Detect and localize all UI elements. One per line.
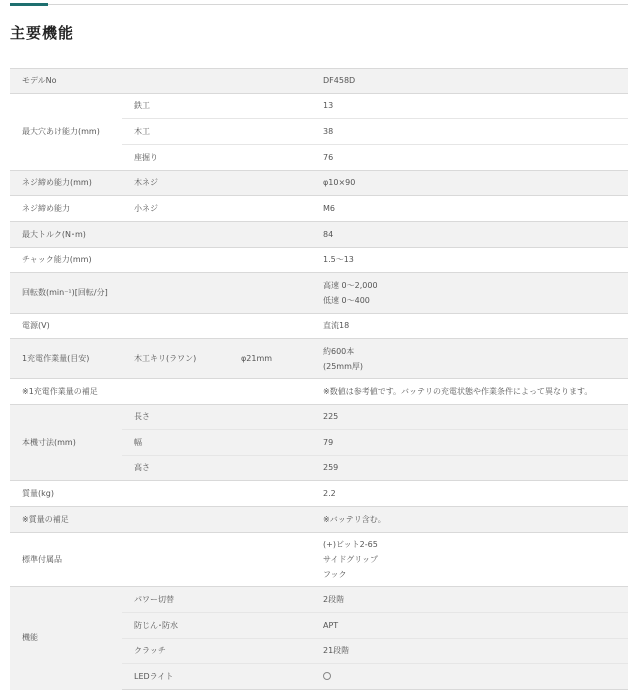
accessory-item: フック	[323, 567, 628, 582]
row-value: APT	[311, 613, 628, 639]
row-label: 機能	[10, 587, 122, 690]
row-value: ※バッテリ含む。	[311, 507, 628, 533]
empty-cell	[229, 119, 311, 145]
row-sub: 座掘り	[122, 145, 229, 171]
empty-cell	[122, 379, 229, 405]
row-label: 1充電作業量(目安)	[10, 339, 122, 379]
spec-row-per-charge: 1充電作業量(目安) 木工キリ(ラワン) φ21mm 約600本 (25mm厚)	[10, 339, 628, 379]
row-value	[311, 664, 628, 690]
row-label: 最大トルク(N･m)	[10, 222, 122, 248]
row-label: ネジ締め能力	[10, 196, 122, 222]
row-sub: LEDライト	[122, 664, 229, 690]
row-label: ネジ締め能力(mm)	[10, 171, 122, 196]
row-sub: 鉄工	[122, 94, 229, 119]
row-label: チャック能力(mm)	[10, 248, 122, 273]
row-label: 回転数(min⁻¹)[回転/分]	[10, 273, 122, 314]
empty-cell	[229, 314, 311, 339]
row-value: 259	[311, 456, 628, 481]
row-value: DF458D	[311, 69, 628, 94]
row-label: モデルNo	[10, 69, 122, 94]
spec-row-features: 機能 パワー切替 2段階	[10, 587, 628, 613]
row-value: 2.2	[311, 481, 628, 507]
value-line: 約600本	[323, 344, 628, 359]
row-sub: 小ネジ	[122, 196, 229, 222]
spec-row-screw-mm: ネジ締め能力(mm) 木ネジ φ10×90	[10, 171, 628, 196]
row-value: 約600本 (25mm厚)	[311, 339, 628, 379]
spec-row-weight: 質量(kg) 2.2	[10, 481, 628, 507]
accessory-item: サイドグリップ	[323, 552, 628, 567]
row-sub: 高さ	[122, 456, 229, 481]
row-sub: パワー切替	[122, 587, 229, 613]
empty-cell	[229, 222, 311, 248]
empty-cell	[229, 248, 311, 273]
spec-row-rpm: 回転数(min⁻¹)[回転/分] 高速 0～2,000 低速 0～400	[10, 273, 628, 314]
empty-cell	[122, 69, 229, 94]
row-value: 76	[311, 145, 628, 171]
spec-row-accessories: 標準付属品 (+)ビット2-65 サイドグリップ フック	[10, 533, 628, 587]
rpm-high: 高速 0～2,000	[323, 278, 628, 293]
row-sub: 木ネジ	[122, 171, 229, 196]
spec-row-model: モデルNo DF458D	[10, 69, 628, 94]
empty-cell	[229, 69, 311, 94]
row-value: (+)ビット2-65 サイドグリップ フック	[311, 533, 628, 587]
row-sub2: φ21mm	[229, 339, 311, 379]
row-value: 225	[311, 405, 628, 430]
spec-row-power: 電源(V) 直流18	[10, 314, 628, 339]
row-value: 2段階	[311, 587, 628, 613]
empty-cell	[122, 481, 229, 507]
empty-cell	[229, 405, 311, 430]
row-value: φ10×90	[311, 171, 628, 196]
row-value: 13	[311, 94, 628, 119]
empty-cell	[122, 222, 229, 248]
empty-cell	[229, 94, 311, 119]
spec-row-drilling: 最大穴あけ能力(mm) 鉄工 13	[10, 94, 628, 119]
empty-cell	[229, 456, 311, 481]
empty-cell	[229, 196, 311, 222]
spec-table: モデルNo DF458D 最大穴あけ能力(mm) 鉄工 13 木工 38 座掘り…	[10, 68, 628, 690]
section-title: 主要機能	[10, 22, 74, 43]
row-value: 38	[311, 119, 628, 145]
row-label: ※1充電作業量の補足	[10, 379, 122, 405]
row-value: 84	[311, 222, 628, 248]
empty-cell	[229, 379, 311, 405]
row-label: 標準付属品	[10, 533, 122, 587]
empty-cell	[229, 587, 311, 613]
empty-cell	[122, 533, 229, 587]
row-value: 21段階	[311, 639, 628, 664]
circle-icon	[323, 672, 331, 680]
row-value: 79	[311, 430, 628, 456]
section-accent-bar	[10, 3, 48, 6]
row-label: 最大穴あけ能力(mm)	[10, 94, 122, 171]
row-value: 高速 0～2,000 低速 0～400	[311, 273, 628, 314]
spec-row-chuck: チャック能力(mm) 1.5～13	[10, 248, 628, 273]
empty-cell	[229, 533, 311, 587]
empty-cell	[229, 145, 311, 171]
row-sub: 木工	[122, 119, 229, 145]
empty-cell	[122, 248, 229, 273]
empty-cell	[229, 639, 311, 664]
row-value: 1.5～13	[311, 248, 628, 273]
spec-row-weight-note: ※質量の補足 ※バッテリ含む。	[10, 507, 628, 533]
empty-cell	[229, 507, 311, 533]
spec-row-screw: ネジ締め能力 小ネジ M6	[10, 196, 628, 222]
row-sub: 幅	[122, 430, 229, 456]
empty-cell	[229, 481, 311, 507]
empty-cell	[229, 613, 311, 639]
row-sub: 長さ	[122, 405, 229, 430]
section-divider	[10, 4, 628, 5]
row-value: 直流18	[311, 314, 628, 339]
value-line: (25mm厚)	[323, 359, 628, 374]
row-sub: 防じん･防水	[122, 613, 229, 639]
empty-cell	[122, 507, 229, 533]
row-sub: 木工キリ(ラワン)	[122, 339, 229, 379]
row-value: ※数値は参考値です。バッテリの充電状態や作業条件によって異なります。	[311, 379, 628, 405]
empty-cell	[229, 171, 311, 196]
spec-row-torque: 最大トルク(N･m) 84	[10, 222, 628, 248]
spec-row-per-charge-note: ※1充電作業量の補足 ※数値は参考値です。バッテリの充電状態や作業条件によって異…	[10, 379, 628, 405]
row-label: 電源(V)	[10, 314, 122, 339]
row-label: 本機寸法(mm)	[10, 405, 122, 481]
row-label: ※質量の補足	[10, 507, 122, 533]
accessory-item: (+)ビット2-65	[323, 537, 628, 552]
spec-row-dimensions: 本機寸法(mm) 長さ 225	[10, 405, 628, 430]
empty-cell	[122, 314, 229, 339]
row-value: M6	[311, 196, 628, 222]
row-sub: クラッチ	[122, 639, 229, 664]
empty-cell	[229, 273, 311, 314]
empty-cell	[229, 430, 311, 456]
empty-cell	[122, 273, 229, 314]
rpm-low: 低速 0～400	[323, 293, 628, 308]
row-label: 質量(kg)	[10, 481, 122, 507]
empty-cell	[229, 664, 311, 690]
